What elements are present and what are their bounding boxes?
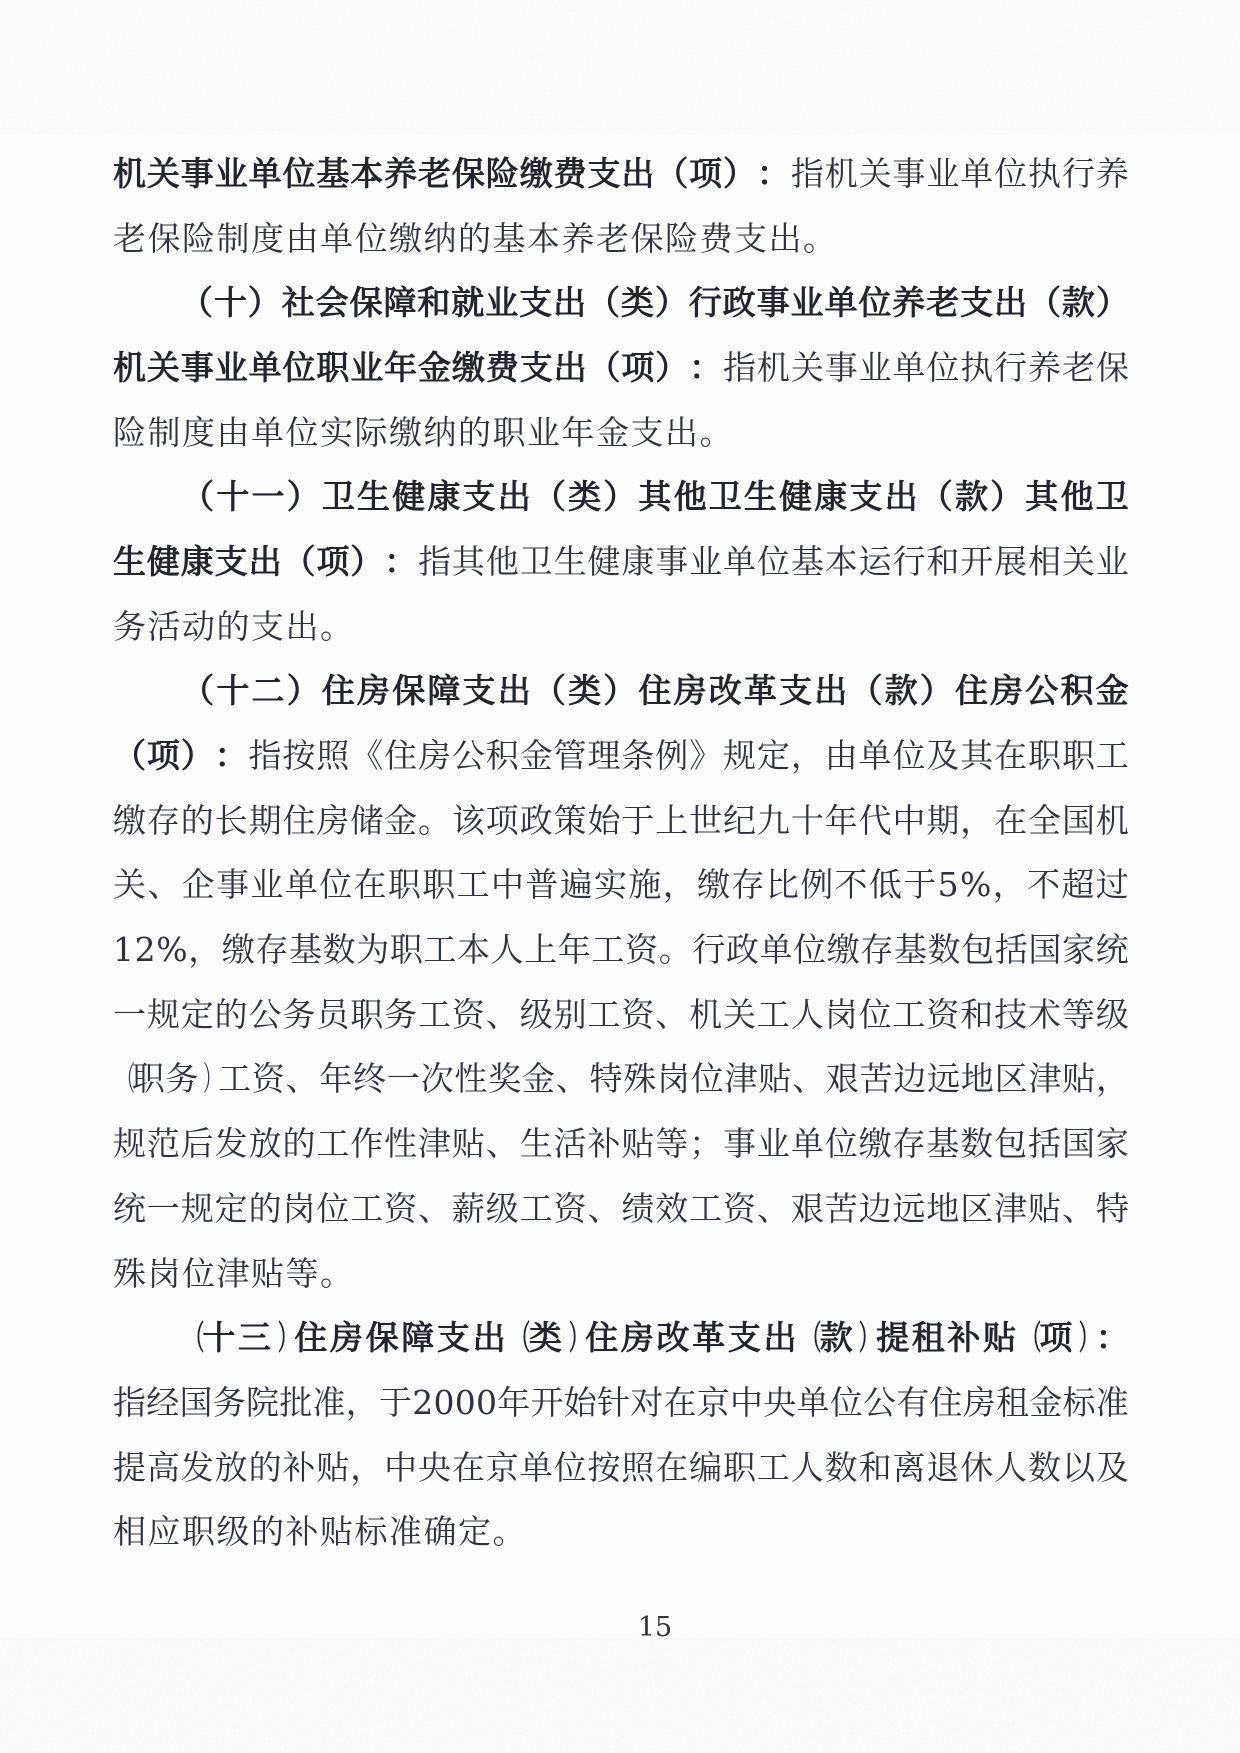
page-number: 15 [638,1612,672,1643]
text-line: 生健康支出（项）：指其他卫生健康事业单位基本运行和开展相关业 [113,529,1129,594]
text-line: 缴存的长期住房储金。该项政策始于上世纪九十年代中期，在全国机 [113,788,1129,853]
text-line: 老保险制度由单位缴纳的基本养老保险费支出。 [113,206,1129,271]
text-line: 提高发放的补贴，中央在京单位按照在编职工人数和离退休人数以及 [113,1435,1129,1500]
text-line: 机关事业单位基本养老保险缴费支出（项）：指机关事业单位执行养 [113,141,1129,206]
scan-noise-bottom [0,1638,1240,1753]
text-line: 务活动的支出。 [113,594,1129,659]
text-line: （十一）卫生健康支出（类）其他卫生健康支出（款）其他卫 [113,464,1129,529]
text-line: （项）：指按照《住房公积金管理条例》规定，由单位及其在职职工 [113,723,1129,788]
text-line: （十二）住房保障支出（类）住房改革支出（款）住房公积金 [113,659,1129,724]
text-line: 统一规定的岗位工资、薪级工资、绩效工资、艰苦边远地区津贴、特 [113,1176,1129,1241]
text-line: 关、企事业单位在职职工中普遍实施，缴存比例不低于5%，不超过 [113,853,1129,918]
text-line: 险制度由单位实际缴纳的职业年金支出。 [113,400,1129,465]
text-line: 殊岗位津贴等。 [113,1241,1129,1306]
text-block: 机关事业单位基本养老保险缴费支出（项）：指机关事业单位执行养老保险制度由单位缴纳… [113,141,1129,1564]
text-line: 规范后发放的工作性津贴、生活补贴等；事业单位缴存基数包括国家 [113,1111,1129,1176]
text-line: 12%，缴存基数为职工本人上年工资。行政单位缴存基数包括国家统 [113,917,1129,982]
text-line: 一规定的公务员职务工资、级别工资、机关工人岗位工资和技术等级 [113,982,1129,1047]
scan-noise-top [0,0,1240,135]
text-line: 机关事业单位职业年金缴费支出（项）：指机关事业单位执行养老保 [113,335,1129,400]
document-page: { "page": { "number": "15", "lines": [ {… [0,0,1240,1753]
text-line: 相应职级的补贴标准确定。 [113,1499,1129,1564]
text-line: （十）社会保障和就业支出（类）行政事业单位养老支出（款） [113,270,1129,335]
text-line: 指经国务院批准，于2000年开始针对在京中央单位公有住房租金标准 [113,1370,1129,1435]
text-line: （职务）工资、年终一次性奖金、特殊岗位津贴、艰苦边远地区津贴， [113,1047,1129,1112]
text-line: （十三）住房保障支出（类）住房改革支出（款）提租补贴（项）： [113,1305,1129,1370]
